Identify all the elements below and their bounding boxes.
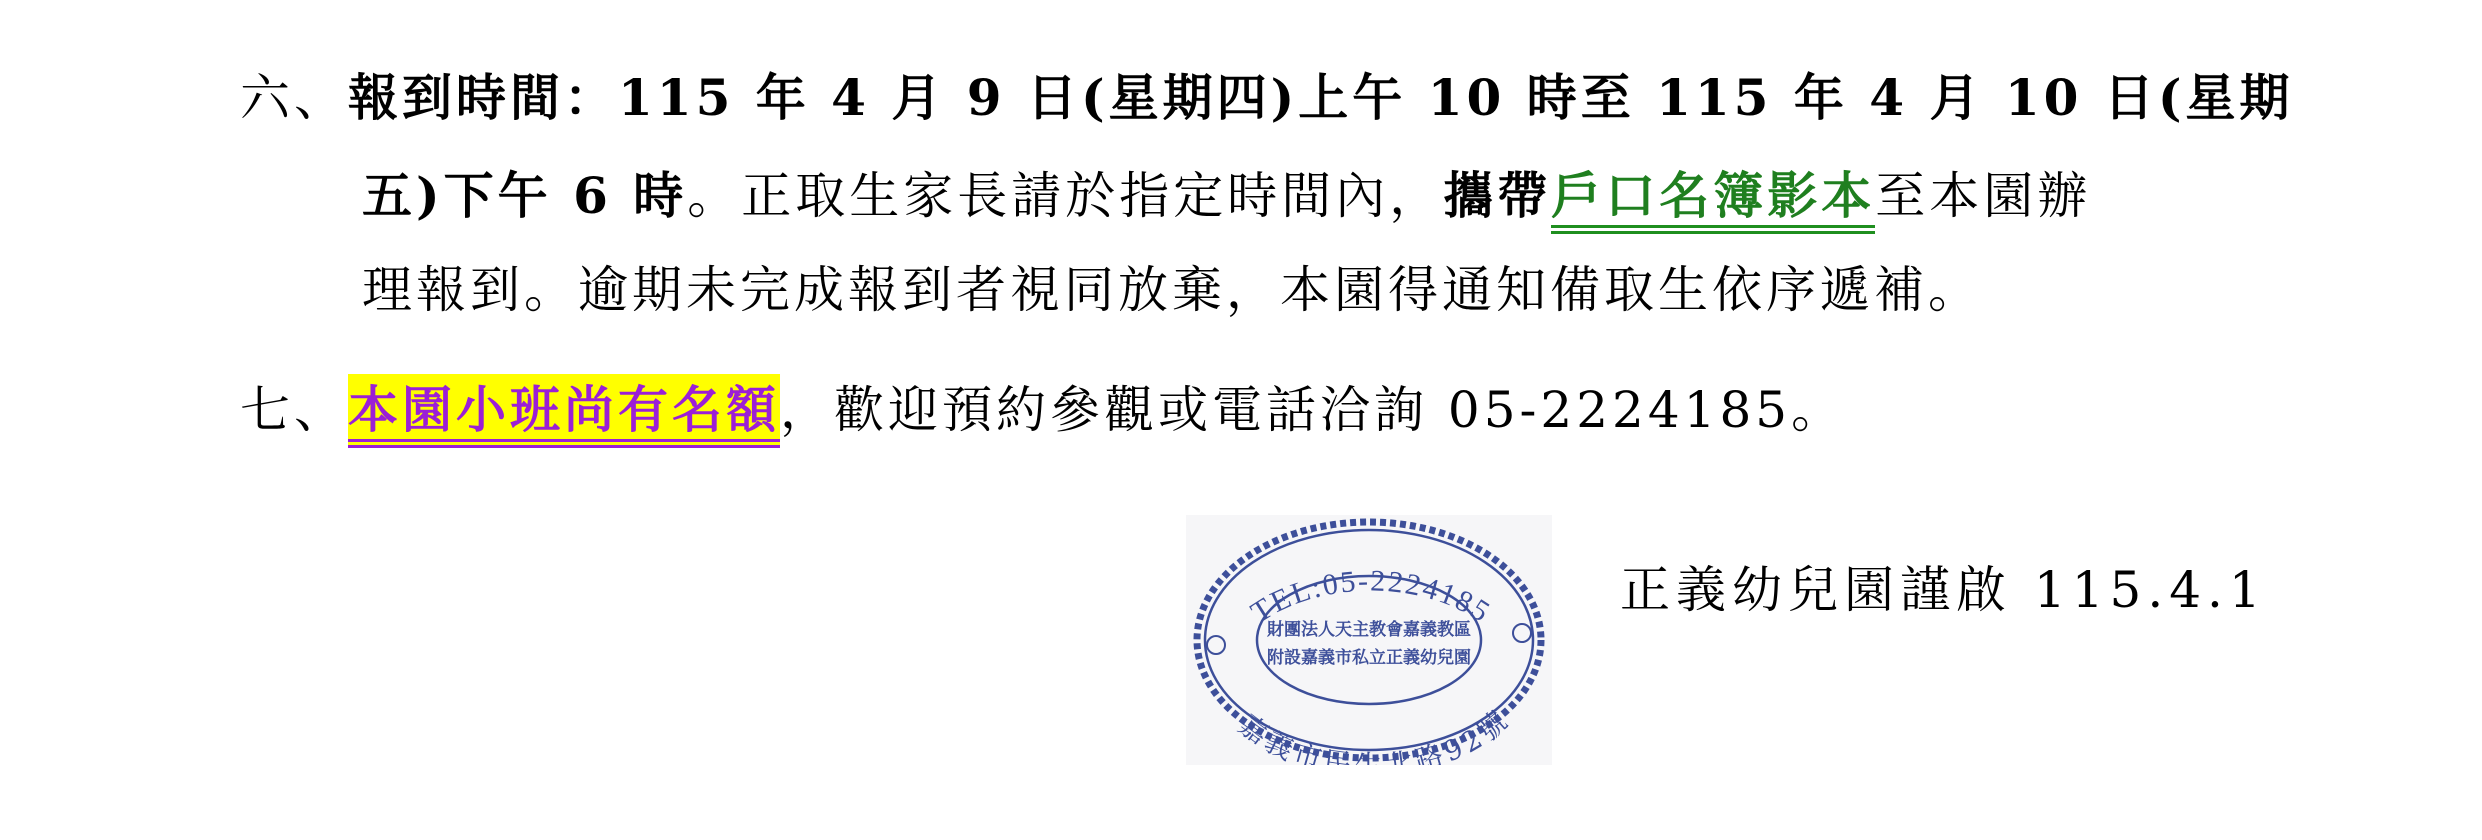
item6-prefix: 六、 (240, 69, 348, 127)
official-seal-stamp: TEL:05-2224185 嘉義市民生北路92號 財團法人天主教會嘉義教區 附… (1186, 515, 1552, 765)
svg-text:財團法人天主教會嘉義教區: 財團法人天主教會嘉義教區 (1267, 619, 1471, 640)
item6-line2: 五)下午 6 時。正取生家長請於指定時間內，攜帶戶口名簿影本至本園辦 (362, 166, 2091, 226)
svg-text:附設嘉義市私立正義幼兒園: 附設嘉義市私立正義幼兒園 (1267, 647, 1471, 668)
item6-sentence2: 至本園辦 (1875, 167, 2091, 225)
openings-highlight: 本園小班尚有名額 (348, 374, 780, 448)
item6-line1: 六、報到時間：115 年 4 月 9 日(星期四)上午 10 時至 115 年 … (240, 68, 2294, 128)
item7-prefix: 七、 (240, 381, 348, 439)
item6-datetime-cont: 五)下午 6 時 (362, 166, 687, 225)
seal-icon: TEL:05-2224185 嘉義市民生北路92號 財團法人天主教會嘉義教區 附… (1186, 515, 1552, 765)
item6-carry: 攜帶 (1443, 166, 1551, 225)
item7-line: 七、本園小班尚有名額，歡迎預約參觀或電話洽詢 05-2224185。 (240, 380, 1845, 440)
item6-sentence1: 。正取生家長請於指定時間內， (687, 167, 1443, 225)
signature: 正義幼兒園謹啟 115.4.1 (1620, 560, 2267, 620)
item6-line3: 理報到。逾期未完成報到者視同放棄，本園得通知備取生依序遞補。 (362, 260, 1982, 320)
item6-datetime: 115 年 4 月 9 日(星期四)上午 10 時至 115 年 4 月 10 … (618, 68, 2294, 127)
svg-text:嘉義市民生北路92號: 嘉義市民生北路92號 (1233, 702, 1517, 765)
item7-text: ，歡迎預約參觀或電話洽詢 05-2224185。 (780, 381, 1845, 439)
household-register-highlight: 戶口名簿影本 (1551, 166, 1875, 234)
item6-label: 報到時間： (348, 68, 618, 127)
